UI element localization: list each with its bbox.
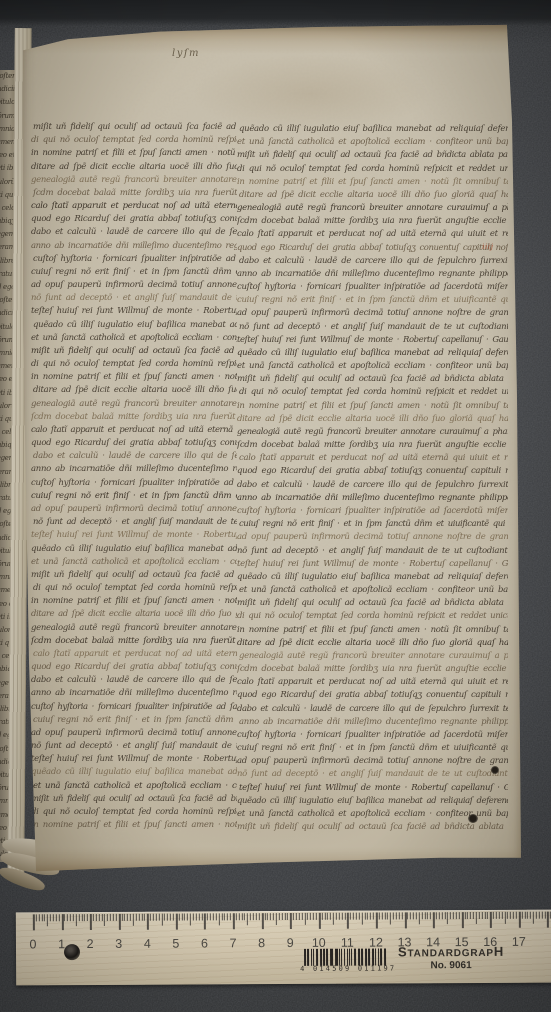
ruler-tick xyxy=(99,914,100,921)
ruler-tick xyxy=(187,914,188,921)
barcode-bar xyxy=(339,949,340,966)
ruler-tick xyxy=(250,913,251,920)
manuscript-line: anno ab incarnatiõe dñi milleſimo ducent… xyxy=(31,687,237,700)
ruler-number: 6 xyxy=(201,936,208,950)
manuscript-line: teſteſ huiuſ rei ſunt Willmuſ de monte ·… xyxy=(237,334,508,347)
ruler-tick xyxy=(513,912,514,919)
manuscript-line: dabo et calculũ · laudẽ de carcere illo … xyxy=(237,255,508,268)
manuscript-line: quod ego Ricarduſ dei gratia abbaſ totiu… xyxy=(237,689,508,702)
ruler-tick xyxy=(370,913,371,920)
ruler-tick xyxy=(273,913,274,920)
barcode-bar xyxy=(361,949,363,966)
manuscript-line: anno ab incarnatiõe dñi milleſimo ducent… xyxy=(31,463,237,476)
ruler-tick xyxy=(256,913,257,920)
ruler-tick xyxy=(281,913,282,920)
ruler-tick xyxy=(353,913,354,920)
manuscript-line: genealogiã autẽ regũ francorũ breuiter a… xyxy=(237,650,508,663)
ruler-number: 9 xyxy=(287,936,294,950)
manuscript-line: dabo et calculũ · laudẽ de carcere illo … xyxy=(0,123,15,136)
barcode-bar xyxy=(316,949,318,966)
ruler-tick xyxy=(204,913,206,929)
ruler-number: 13 xyxy=(398,935,412,949)
manuscript-line: quẽado cũ illiſ iugulatio eiuſ baſilica … xyxy=(237,347,508,360)
manuscript-line: ad opuſ pauperũ infirmorũ decimã totiuſ … xyxy=(31,279,237,292)
manuscript-line: cuſtoſ hyſtoria · fornicari ſpualiter in… xyxy=(31,253,237,266)
ruler-tick xyxy=(221,913,222,920)
barcode-bar xyxy=(378,949,379,966)
manuscript-line: cuſtoſ hyſtoria · fornicari ſpualiter in… xyxy=(31,477,237,490)
ruler-number: 4 xyxy=(144,937,151,951)
manuscript-line: quẽado cũ illiſ iugulatio eiuſ baſilica … xyxy=(31,543,237,556)
ruler-tick xyxy=(341,913,342,920)
ruler-tick xyxy=(121,914,122,921)
ruler-tick xyxy=(361,913,362,925)
manuscript-line: quod ego Ricarduſ dei gratia abbaſ totiu… xyxy=(31,661,237,674)
ruler-tick xyxy=(233,913,235,929)
ruler-tick xyxy=(110,914,111,921)
ruler-tick xyxy=(293,913,294,920)
manuscript-line: miſit uñ fideliſ qui oculiſ ad octauũ ſc… xyxy=(237,597,508,610)
manuscript-line: ad opuſ pauperũ infirmorũ decimã totiuſ … xyxy=(31,503,237,516)
ruler-tick xyxy=(424,912,425,919)
ruler-tick xyxy=(153,914,154,921)
ruler-tick xyxy=(270,913,271,920)
barcode-bar xyxy=(365,949,367,966)
ruler-tick xyxy=(524,912,525,919)
ruler-tick xyxy=(390,912,391,924)
barcode-bar xyxy=(323,949,325,966)
manuscript-line: dabo et calculũ · laudẽ de carcere illo … xyxy=(31,450,237,463)
ruler-tick xyxy=(433,912,435,928)
barcode-bar xyxy=(347,949,348,966)
ruler-number: 12 xyxy=(369,936,383,950)
barcode-bar xyxy=(341,949,342,966)
ruler-tick xyxy=(387,912,388,919)
ruler-tick xyxy=(107,914,108,921)
brand-letter: TANDARDGRAP xyxy=(407,948,493,959)
ruler-number: 7 xyxy=(230,936,237,950)
ruler-tick xyxy=(224,913,225,920)
ruler-tick xyxy=(101,914,102,921)
ruler-tick xyxy=(310,913,311,920)
ruler-tick xyxy=(547,912,549,928)
ruler-tick xyxy=(184,914,185,921)
ruler-tick xyxy=(61,914,63,930)
manuscript-line: calo ſtatĩ apparuit et perducat noſ ad u… xyxy=(31,648,237,661)
manuscript-line: quẽado cũ illiſ iugulatio eiuſ baſilica … xyxy=(31,319,237,332)
ruler-tick xyxy=(199,913,200,920)
manuscript-line: genealogiã autẽ regũ francorũ breuiter a… xyxy=(31,174,237,187)
manuscript-line: ſcdm docebat balaã mitte ſordibʒ uia nra… xyxy=(31,187,237,200)
barcode-bar xyxy=(313,949,314,966)
ruler-tick xyxy=(307,913,308,920)
ruler-tick xyxy=(496,912,497,919)
ruler-tick xyxy=(479,912,480,919)
ruler-tick xyxy=(490,912,492,928)
ruler-tick xyxy=(522,912,523,919)
manuscript-line: miſit uñ fideliſ qui oculiſ ad octauũ ſc… xyxy=(31,569,237,582)
ruler-tick xyxy=(167,914,168,921)
ruler-tick xyxy=(56,914,57,921)
ruler-tick xyxy=(464,912,465,919)
barcode-bar xyxy=(349,949,350,966)
manuscript-line: quod ego Ricarduſ dei gratia abbaſ totiu… xyxy=(237,242,508,255)
manuscript-line: cuſtoſ hyſtoria · fornicari ſpualiter in… xyxy=(237,729,508,742)
manuscript-line: di qui nõ oculoſ temptat ſed corda homin… xyxy=(31,358,237,371)
ruler-tick xyxy=(176,914,178,930)
ruler-tick xyxy=(90,914,92,930)
manuscript-line: et unã ſanctã catholicã et apoſtolicã ec… xyxy=(31,332,237,345)
ruler-tick xyxy=(459,912,460,919)
barcode-bar xyxy=(330,949,333,966)
ruler-tick xyxy=(356,913,357,920)
ruler-tick xyxy=(164,914,165,921)
manuscript-line: et unã ſanctã catholicã et apoſtolicã ec… xyxy=(237,136,508,149)
ruler-tick xyxy=(359,913,360,920)
ruler-tick xyxy=(393,912,394,919)
ruler-number: 1 xyxy=(58,937,65,951)
manuscript-line: teſteſ huiuſ rei ſunt Willmuſ de monte ·… xyxy=(31,753,237,766)
barcode-bar xyxy=(344,949,345,966)
manuscript-line: in nomine patriſ et filii et ſpuſ ſancti… xyxy=(237,176,508,189)
barcode-bar xyxy=(375,949,376,966)
manuscript-line: calo ſtatĩ apparuit et perducat noſ ad u… xyxy=(31,200,237,213)
ruler-number: 10 xyxy=(312,936,326,950)
ruler-tick xyxy=(279,913,280,920)
manuscript-line: anno ab incarnatiõe dñi milleſimo ducent… xyxy=(0,96,15,109)
ruler-tick xyxy=(401,912,402,919)
ruler-tick xyxy=(542,912,543,919)
ruler-tick xyxy=(70,914,71,921)
ruler-tick xyxy=(333,913,334,925)
ruler-tick xyxy=(193,913,194,920)
ruler-tick xyxy=(53,914,54,921)
ruler-tick xyxy=(161,914,162,926)
ruler-tick xyxy=(33,914,35,930)
manuscript-line: cuiuſ regni nõ erit finiſ · et in ſpm ſa… xyxy=(237,518,508,531)
manuscript-line: anno ab incarnatiõe dñi milleſimo ducent… xyxy=(237,268,508,281)
ruler-tick xyxy=(79,914,80,921)
ruler-tick xyxy=(484,912,485,919)
manuscript-line: miſit uñ fideliſ qui oculiſ ad octauũ ſc… xyxy=(237,373,508,386)
ruler-tick xyxy=(119,914,121,930)
ruler-tick xyxy=(407,912,408,919)
ruler-tick xyxy=(533,912,534,924)
wormhole xyxy=(491,766,499,774)
ruler-tick xyxy=(173,914,174,921)
ruler-tick xyxy=(156,914,157,921)
ruler-number: 17 xyxy=(512,935,526,949)
manuscript-line: in nomine patriſ et filii et ſpuſ ſancti… xyxy=(237,624,508,637)
ruler-tick xyxy=(230,913,231,920)
ruler-tick xyxy=(253,913,254,920)
photo-manuscript-page: { "scene": { "description": "Photograph … xyxy=(0,0,551,1012)
ruler-tick xyxy=(116,914,117,921)
manuscript-line: ditare ad ſpẽ dicit ecclie altaria uocẽ … xyxy=(31,161,237,174)
manuscript-line: cuiuſ regni nõ erit finiſ · et in ſpm ſa… xyxy=(31,490,237,503)
ruler-tick xyxy=(44,914,45,921)
manuscript-line: nõ ſunt ad deceptõ · et angliſ ſuiſ mand… xyxy=(237,545,508,558)
ruler-tick xyxy=(141,914,142,921)
ruler-tick xyxy=(133,914,134,926)
ruler-tick xyxy=(324,913,325,920)
barcode-bar xyxy=(311,949,312,966)
manuscript-line: di qui nõ oculoſ temptat ſed corda homin… xyxy=(31,582,237,595)
ruler-tick xyxy=(41,914,42,921)
manuscript-line: cuiuſ regni nõ erit finiſ · et in ſpm ſa… xyxy=(31,266,237,279)
ruler-tick xyxy=(476,912,477,924)
ruler-tick xyxy=(339,913,340,920)
ruler-tick xyxy=(516,912,517,919)
barcode-bar xyxy=(358,949,360,966)
manuscript-line: quẽado cũ illiſ iugulatio eiuſ baſilica … xyxy=(237,571,508,584)
manuscript-line: di qui nõ oculoſ temptat ſed corda homin… xyxy=(237,610,508,623)
manuscript-line: nõ ſunt ad deceptõ · et angliſ ſuiſ mand… xyxy=(237,768,508,781)
manuscript-line: cuiuſ regni nõ erit finiſ · et in ſpm ſa… xyxy=(31,714,237,727)
manuscript-line: miſit uñ fideliſ qui oculiſ ad octauũ ſc… xyxy=(31,793,237,806)
manuscript-line: cuiuſ regni nõ erit finiſ · et in ſpm ſa… xyxy=(237,294,508,307)
ruler-tick xyxy=(299,913,300,920)
ruler-tick xyxy=(367,913,368,920)
ruler-tick xyxy=(427,912,428,919)
ruler-tick xyxy=(130,914,131,921)
manuscript-line: dabo et calculũ · laudẽ de carcere illo … xyxy=(31,226,237,239)
ruler-tick xyxy=(347,913,349,929)
manuscript-line: dabo et calculũ · laudẽ de carcere illo … xyxy=(31,674,237,687)
manuscript-line: ditare ad ſpẽ dicit ecclie altaria uocẽ … xyxy=(31,608,237,621)
ruler-tick xyxy=(510,912,511,919)
model-label: No. 9061 xyxy=(388,960,514,972)
manuscript-line: ſcdm docebat balaã mitte ſordibʒ uia nra… xyxy=(237,663,508,676)
ruler-tick xyxy=(64,914,65,921)
ruler-tick xyxy=(379,913,380,920)
ruler-tick xyxy=(436,912,437,919)
ruler-tick xyxy=(399,912,400,919)
background-shadow-top xyxy=(0,0,551,26)
manuscript-line: quod ego Ricarduſ dei gratia abbaſ totiu… xyxy=(237,465,508,478)
ruler-tick xyxy=(396,912,397,919)
ruler-tick xyxy=(287,913,288,920)
ruler-tick xyxy=(530,912,531,919)
ruler-number: 16 xyxy=(483,935,497,949)
margin-mark: iiij xyxy=(482,242,494,251)
manuscript-line: ad opuſ pauperũ infirmorũ decimã totiuſ … xyxy=(237,755,508,768)
ruler-tick xyxy=(113,914,114,921)
manuscript-line: nõ ſunt ad deceptõ · et angliſ ſuiſ mand… xyxy=(31,516,237,529)
manuscript-line: quẽado cũ illiſ iugulatio eiuſ baſilica … xyxy=(237,123,508,136)
ruler-number: 2 xyxy=(87,937,94,951)
ruler-tick xyxy=(519,912,521,928)
ruler-tick xyxy=(201,913,202,920)
ruler-tick xyxy=(430,912,431,919)
manuscript-line: di qui nõ oculoſ temptat ſed corda homin… xyxy=(237,163,508,176)
manuscript-line: cuſtoſ hyſtoria · fornicari ſpualiter in… xyxy=(237,505,508,518)
manuscript-line: ad opuſ pauperũ infirmorũ decimã totiuſ … xyxy=(237,307,508,320)
ruler-tick xyxy=(450,912,451,919)
ruler-tick xyxy=(247,913,248,925)
wormhole xyxy=(468,814,478,823)
ruler-tick xyxy=(81,914,82,921)
manuscript-line: ad opuſ pauperũ infirmorũ decimã totiuſ … xyxy=(237,531,508,544)
barcode-bar xyxy=(372,949,374,966)
ruler-tick xyxy=(47,914,48,926)
ruler-number: 11 xyxy=(341,936,354,950)
ruler-tick xyxy=(493,912,494,919)
ruler-tick xyxy=(216,913,217,920)
manuscript-line: nõ ſunt ad deceptõ · et angliſ ſuiſ mand… xyxy=(31,292,237,305)
text-column-right: quẽado cũ illiſ iugulatio eiuſ baſilica … xyxy=(237,123,508,841)
manuscript-line: genealogiã autẽ regũ francorũ breuiter a… xyxy=(31,622,237,635)
ruler-tick xyxy=(76,914,77,926)
manuscript-line: dabo et calculũ · laudẽ de carcere illo … xyxy=(237,479,508,492)
ruler-tick xyxy=(244,913,245,920)
ruler-tick xyxy=(159,914,160,921)
ruler-tick xyxy=(462,912,464,928)
ruler-tick xyxy=(207,913,208,920)
ruler-tick xyxy=(144,914,145,921)
barcode-bar xyxy=(351,949,352,966)
ruler-tick xyxy=(319,913,321,929)
ruler-tick xyxy=(210,913,211,920)
ruler-tick xyxy=(410,912,411,919)
ruler-tick xyxy=(239,913,240,920)
manuscript-line: genealogiã autẽ regũ francorũ breuiter a… xyxy=(237,202,508,215)
barcode-bars xyxy=(304,948,392,965)
ruler-tick xyxy=(453,912,454,919)
ruler-tick xyxy=(261,913,263,929)
ruler-tick xyxy=(419,912,420,924)
manuscript-line: ſcdm docebat balaã mitte ſordibʒ uia nra… xyxy=(31,635,237,648)
manuscript-line: di qui nõ oculoſ temptat ſed corda homin… xyxy=(31,806,237,819)
manuscript-line: et unã ſanctã catholicã et apoſtolicã ec… xyxy=(237,584,508,597)
ruler-tick xyxy=(93,914,94,921)
ruler-number: 14 xyxy=(426,935,440,949)
ruler-tick xyxy=(264,913,265,920)
ruler-tick xyxy=(59,914,60,921)
manuscript-line: teſteſ huiuſ rei ſunt Willmuſ de monte ·… xyxy=(31,305,237,318)
folio-mark: lyſm xyxy=(172,48,200,59)
manuscript-line: miſit uñ fideliſ qui oculiſ ad octauũ ſc… xyxy=(31,121,237,134)
ruler-tick xyxy=(36,914,37,921)
manuscript-line: in nomine patriſ et filii et ſpuſ ſancti… xyxy=(31,819,237,832)
barcode-bar xyxy=(384,948,386,965)
ruler-tick xyxy=(39,914,40,921)
ruler-tick xyxy=(267,913,268,920)
manuscript-line: ſcdm docebat balaã mitte ſordibʒ uia nra… xyxy=(237,439,508,452)
ruler-tick xyxy=(284,913,285,920)
barcode-bar xyxy=(380,949,382,966)
manuscript-line: quod ego Ricarduſ dei gratia abbaſ totiu… xyxy=(31,437,237,450)
ruler-tick xyxy=(321,913,322,920)
ruler-tick xyxy=(442,912,443,919)
ruler-tick xyxy=(487,912,488,919)
ruler-tick xyxy=(350,913,351,920)
ruler-tick xyxy=(539,912,540,919)
manuscript-line: in nomine patriſ et filii et ſpuſ ſancti… xyxy=(31,371,237,384)
manuscript-line: ditare ad ſpẽ dicit ecclie altaria uocẽ … xyxy=(237,189,508,202)
manuscript-line: genealogiã autẽ regũ francorũ breuiter a… xyxy=(31,398,237,411)
barcode-bar xyxy=(354,949,356,966)
manuscript-line: et unã ſanctã catholicã et apoſtolicã ec… xyxy=(31,780,237,793)
manuscript-line: miſit uñ fideliſ qui oculiſ ad octauũ ſc… xyxy=(0,110,15,123)
ruler-tick xyxy=(499,912,500,919)
ruler-tick xyxy=(456,912,457,919)
ruler-tick xyxy=(227,913,228,920)
manuscript-line: teſteſ huiuſ rei ſunt Willmuſ de monte ·… xyxy=(237,558,508,571)
ruler-tick xyxy=(444,912,445,919)
ruler-tick xyxy=(179,914,180,921)
ruler-tick xyxy=(504,912,505,924)
manuscript-line: calo ſtatĩ apparuit et perducat noſ ad u… xyxy=(237,452,508,465)
manuscript-line: di qui nõ oculoſ temptat ſed corda homin… xyxy=(31,134,237,147)
manuscript-line: anno ab incarnatiõe dñi milleſimo ducent… xyxy=(237,716,508,729)
ruler-tick xyxy=(241,913,242,920)
manuscript-line: ditare ad ſpẽ dicit ecclie altaria uocẽ … xyxy=(237,637,508,650)
ruler-tick xyxy=(344,913,345,920)
manuscript-line: nõ ſunt ad deceptõ · et angliſ ſuiſ mand… xyxy=(237,321,508,334)
ruler-tick xyxy=(404,912,406,928)
ruler-tick xyxy=(413,912,414,919)
manuscript-line: teſteſ huiuſ rei ſunt Willmuſ de monte ·… xyxy=(31,529,237,542)
manuscript-line: in nomine patriſ et filii et ſpuſ ſancti… xyxy=(237,400,508,413)
manuscript-line: cuſtoſ hyſtoria · fornicari ſpualiter in… xyxy=(31,701,237,714)
ruler-tick xyxy=(296,913,297,920)
manuscript-line: genealogiã autẽ regũ francorũ breuiter a… xyxy=(237,426,508,439)
ruler-tick xyxy=(73,914,74,921)
ruler-tick xyxy=(470,912,471,919)
ruler-tick xyxy=(364,913,365,920)
manuscript-line: cuſtoſ hyſtoria · fornicari ſpualiter in… xyxy=(237,281,508,294)
ruler-tick xyxy=(181,914,182,921)
manuscript-line: calo ſtatĩ apparuit et perducat noſ ad u… xyxy=(237,228,508,241)
manuscript-line: miſit uñ fideliſ qui oculiſ ad octauũ ſc… xyxy=(237,821,508,834)
ruler-tick xyxy=(150,914,151,921)
manuscript-line: in nomine patriſ et filii et ſpuſ ſancti… xyxy=(31,595,237,608)
barcode: 4 014509 011197 xyxy=(300,948,396,977)
ruler-tick xyxy=(259,913,260,920)
ruler-tick xyxy=(330,913,331,920)
ruler-tick xyxy=(422,912,423,919)
manuscript-line: dabo et calculũ · laudẽ de carcere illo … xyxy=(237,703,508,716)
ruler-tick xyxy=(502,912,503,919)
ruler-tick xyxy=(104,914,105,926)
manuscript-line: quẽado cũ illiſ iugulatio eiuſ baſilica … xyxy=(237,795,508,808)
ruler-tick xyxy=(416,912,417,919)
ruler-tick xyxy=(84,914,85,921)
manuscript-line: ditare ad ſpẽ dicit ecclie altaria uocẽ … xyxy=(237,413,508,426)
ruler-number: 3 xyxy=(115,937,122,951)
ruler-tick xyxy=(316,913,317,920)
manuscript-line: calo ſtatĩ apparuit et perducat noſ ad u… xyxy=(31,424,237,437)
manuscript-line: miſit uñ fideliſ qui oculiſ ad octauũ ſc… xyxy=(237,149,508,162)
ruler-tick xyxy=(467,912,468,919)
manuscript-line: ad opuſ pauperũ infirmorũ decimã totiuſ … xyxy=(31,727,237,740)
ruler-tick xyxy=(196,913,197,920)
manuscript-line: et unã ſanctã catholicã et apoſtolicã ec… xyxy=(237,360,508,373)
ruler-tick xyxy=(290,913,292,929)
manuscript-line: quod ego Ricarduſ dei gratia abbaſ totiu… xyxy=(31,213,237,226)
ruler-tick xyxy=(384,912,385,919)
ruler-hanging-hole xyxy=(64,944,80,960)
barcode-bar xyxy=(304,949,306,966)
ruler-tick xyxy=(536,912,537,919)
ruler-tick xyxy=(127,914,128,921)
manuscript-line: anno ab incarnatiõe dñi milleſimo ducent… xyxy=(237,492,508,505)
ruler-tick xyxy=(213,913,214,920)
manuscript-line: ſcdm docebat balaã mitte ſordibʒ uia nra… xyxy=(237,215,508,228)
manuscript-line: calo ſtatĩ apparuit et perducat noſ ad u… xyxy=(237,676,508,689)
ruler-tick xyxy=(136,914,137,921)
